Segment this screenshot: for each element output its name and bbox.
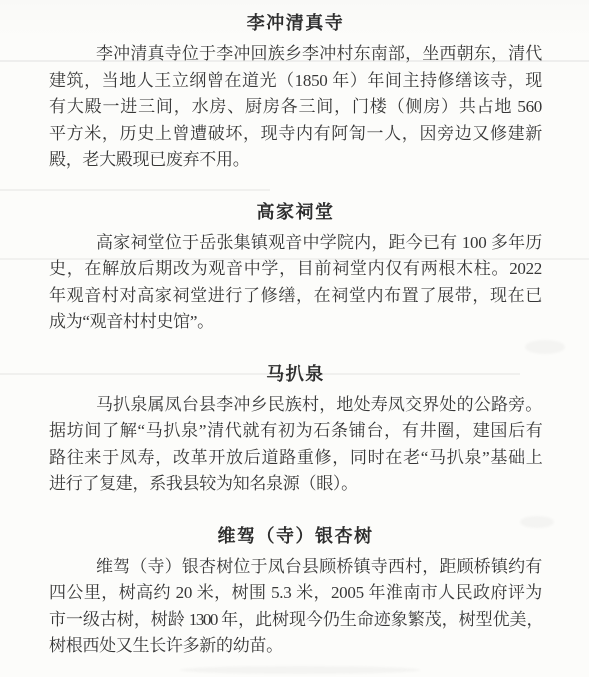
paragraph-line: 年观音村对高家祠堂进行了修缮，在祠堂内布置了展带，现在已	[49, 283, 542, 310]
section-title: 马扒泉	[49, 361, 542, 388]
paragraph: 马扒泉属凤台县李冲乡民族村，地处寿凤交界处的公路旁。 据坊间了解“马扒泉”清代就…	[49, 392, 542, 498]
paragraph: 高家祠堂位于岳张集镇观音中学院内，距今已有 100 多年历 史，在解放后期改为观…	[49, 230, 542, 336]
paragraph-line: 市一级古树，树龄 1300 年，此树现今仍生命迹象繁茂，树型优美，	[49, 607, 542, 634]
paragraph-line: 李冲清真寺位于李冲回族乡李冲村东南部，坐西朝东，清代	[49, 41, 542, 68]
paragraph-line: 史，在解放后期改为观音中学，目前祠堂内仅有两根木柱。2022	[49, 256, 542, 283]
scan-artifact	[180, 666, 420, 674]
paragraph-line: 路往来于凤寿，改革开放后道路重修，同时在老“马扒泉”基础上	[49, 445, 542, 472]
paragraph-line: 建筑，当地人王立纲曾在道光（1850 年）年间主持修缮该寺，现	[49, 68, 542, 95]
paragraph-line: 有大殿一进三间，水房、厨房各三间，门楼（侧房）共占地 560	[49, 94, 542, 121]
document-content: 李冲清真寺 李冲清真寺位于李冲回族乡李冲村东南部，坐西朝东，清代 建筑，当地人王…	[49, 10, 542, 660]
paragraph-line: 进行了复建，系我县较为知名泉源（眼）。	[49, 471, 542, 498]
section-weijia-ginkgo-tree: 维驾（寺）银杏树 维驾（寺）银杏树位于凤台县顾桥镇寺西村，距顾桥镇约有 四公里，…	[49, 523, 542, 660]
paragraph: 李冲清真寺位于李冲回族乡李冲村东南部，坐西朝东，清代 建筑，当地人王立纲曾在道光…	[49, 41, 542, 174]
paragraph-line: 高家祠堂位于岳张集镇观音中学院内，距今已有 100 多年历	[49, 230, 542, 257]
section-mapa-spring: 马扒泉 马扒泉属凤台县李冲乡民族村，地处寿凤交界处的公路旁。 据坊间了解“马扒泉…	[49, 361, 542, 498]
paragraph-line: 殿，老大殿现已废弃不用。	[49, 147, 542, 174]
paragraph-line: 成为“观音村村史馆”。	[49, 309, 542, 336]
paragraph-line: 马扒泉属凤台县李冲乡民族村，地处寿凤交界处的公路旁。	[49, 392, 542, 419]
paragraph: 维驾（寺）银杏树位于凤台县顾桥镇寺西村，距顾桥镇约有 四公里，树高约 20 米，…	[49, 554, 542, 660]
section-title: 李冲清真寺	[49, 10, 542, 37]
paragraph-line: 据坊间了解“马扒泉”清代就有初为石条铺台，有井圈，建国后有	[49, 418, 542, 445]
paragraph-line: 四公里，树高约 20 米，树围 5.3 米，2005 年淮南市人民政府评为	[49, 580, 542, 607]
paragraph-line: 树根西处又生长许多新的幼苗。	[49, 633, 542, 660]
section-lichong-mosque: 李冲清真寺 李冲清真寺位于李冲回族乡李冲村东南部，坐西朝东，清代 建筑，当地人王…	[49, 10, 542, 174]
document-page: 李冲清真寺 李冲清真寺位于李冲回族乡李冲村东南部，坐西朝东，清代 建筑，当地人王…	[0, 0, 589, 677]
section-title: 高家祠堂	[49, 199, 542, 226]
paragraph-line: 维驾（寺）银杏树位于凤台县顾桥镇寺西村，距顾桥镇约有	[49, 554, 542, 581]
paragraph-line: 平方米，历史上曾遭破坏，现寺内有阿訇一人，因旁边又修建新	[49, 121, 542, 148]
section-gao-ancestral-hall: 高家祠堂 高家祠堂位于岳张集镇观音中学院内，距今已有 100 多年历 史，在解放…	[49, 199, 542, 336]
section-title: 维驾（寺）银杏树	[49, 523, 542, 550]
